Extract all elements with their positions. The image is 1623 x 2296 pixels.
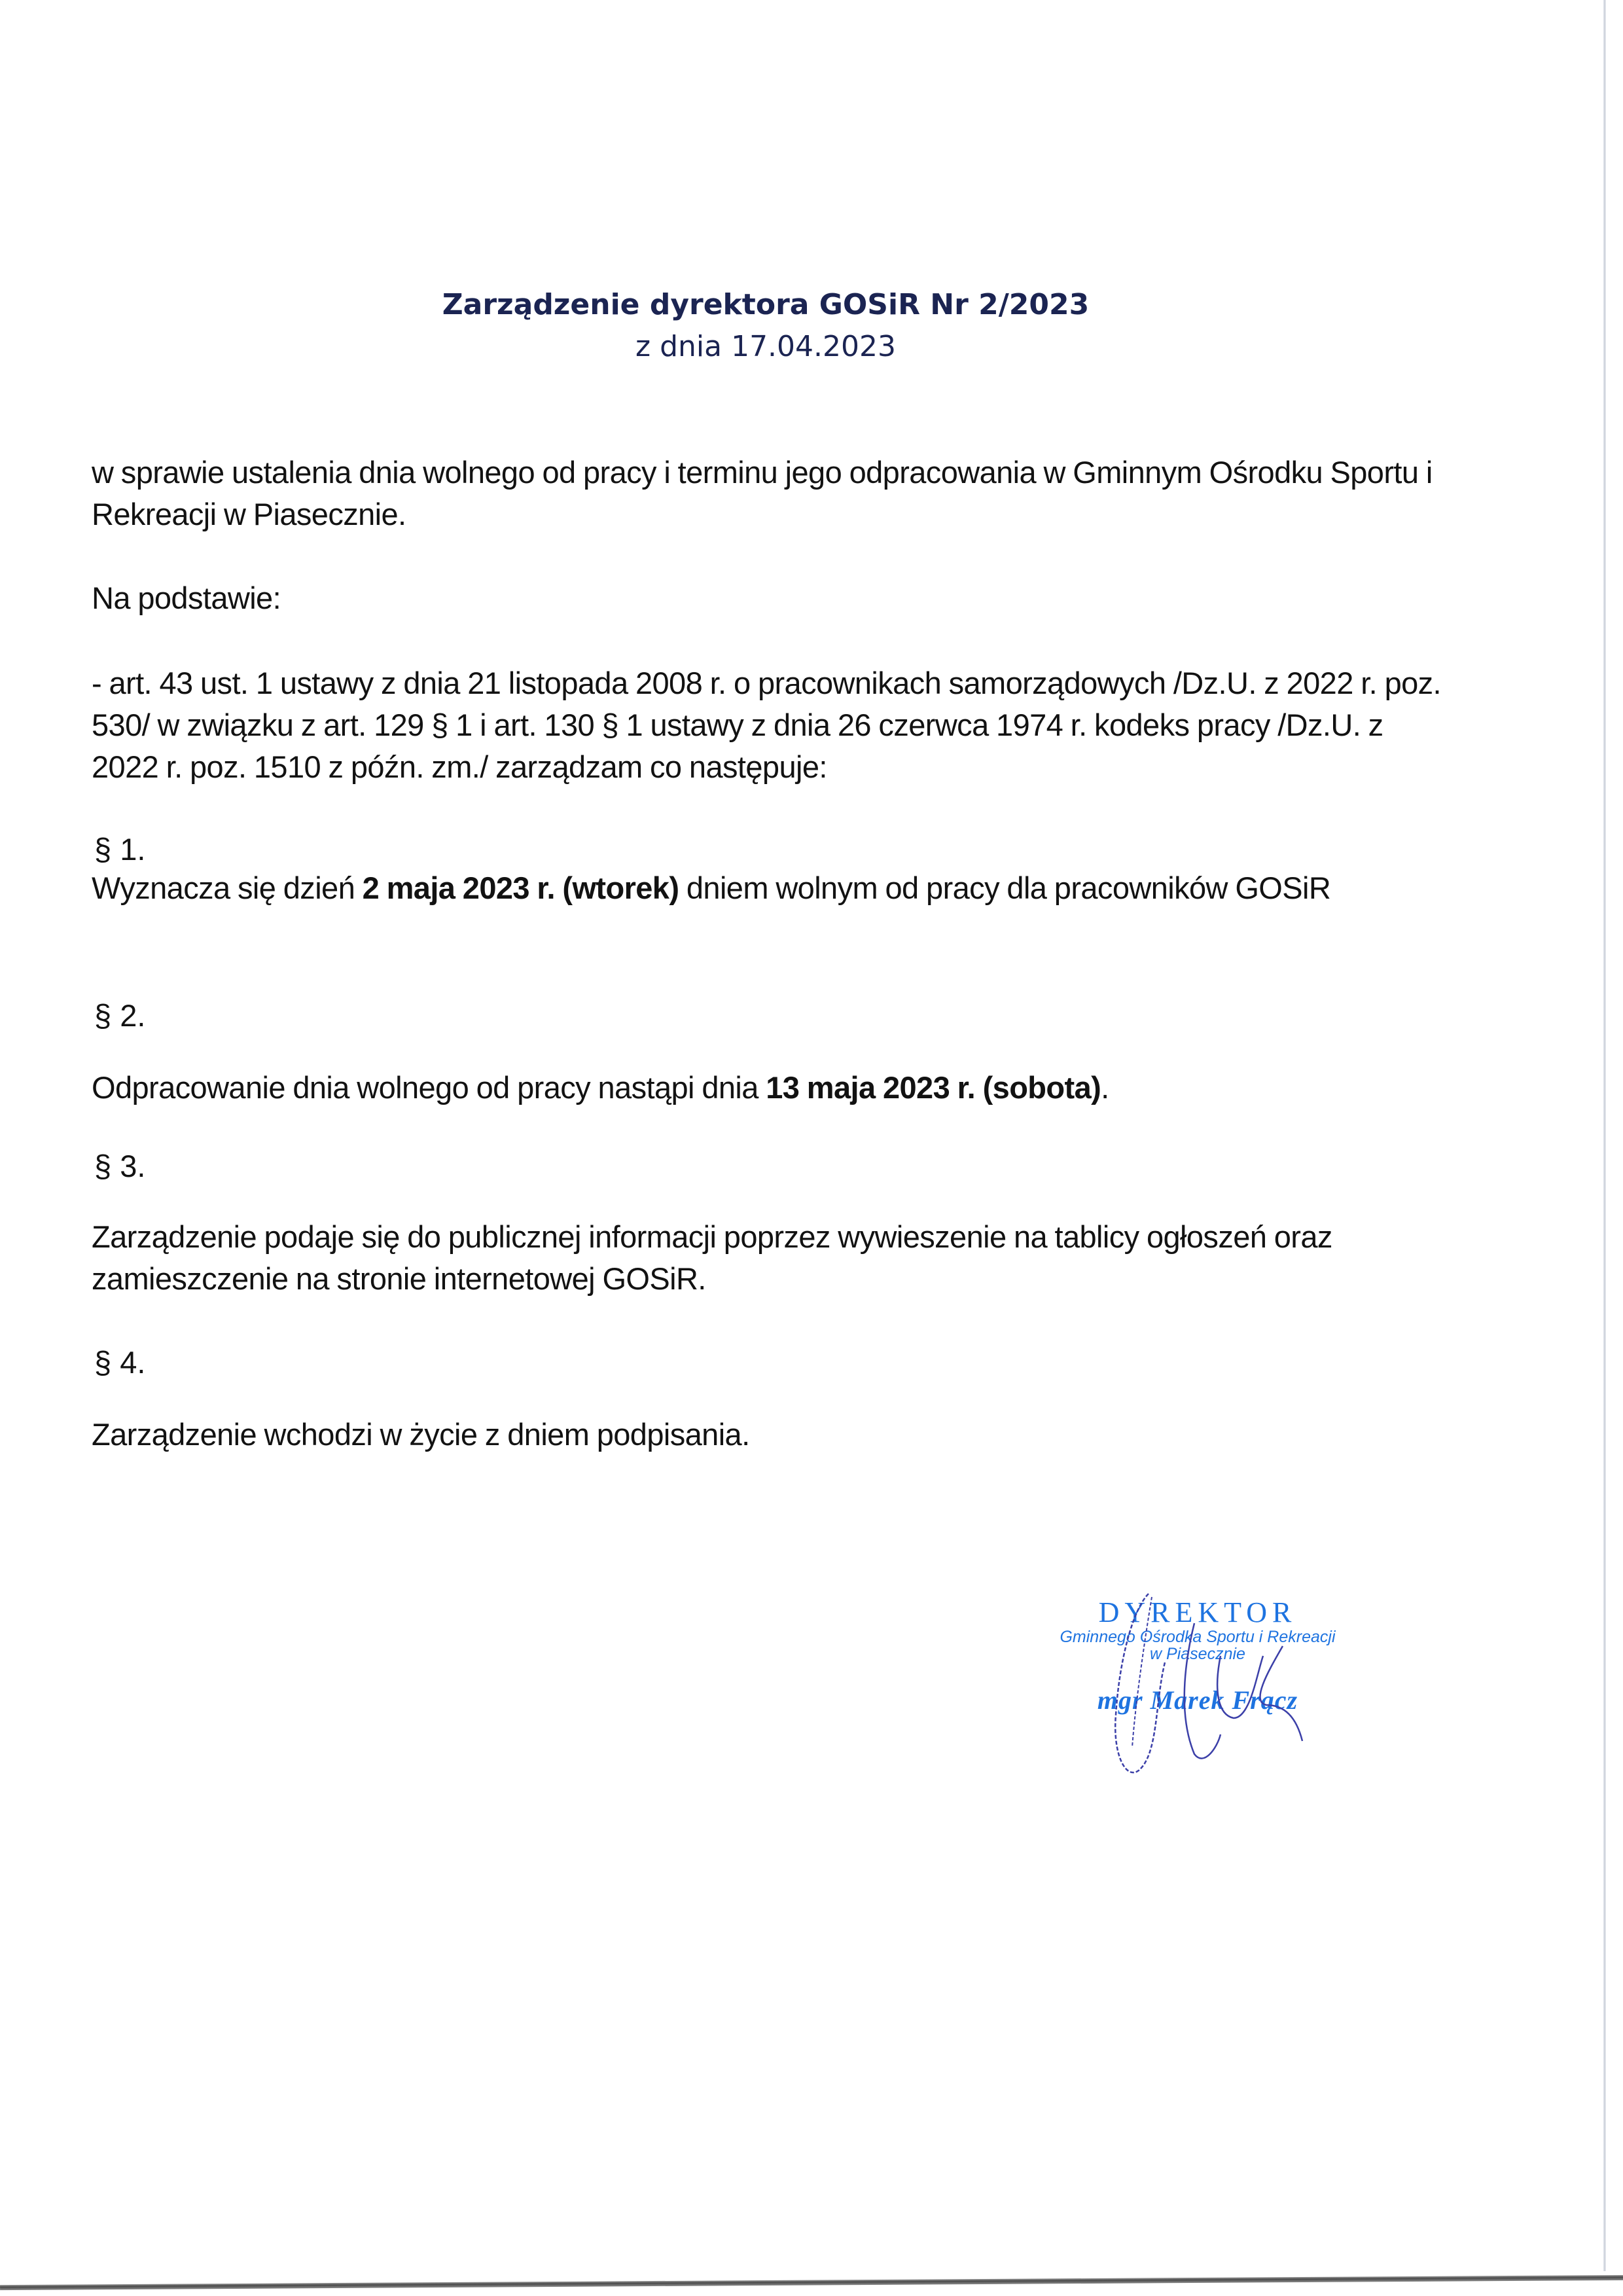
section-1-mark: § 1. bbox=[94, 829, 145, 870]
basis-label: Na podstawie: bbox=[92, 577, 1472, 619]
page-bottom-edge bbox=[0, 2275, 1623, 2290]
section-2-date-bold: 13 maja 2023 r. (sobota) bbox=[766, 1070, 1101, 1105]
handwritten-signature bbox=[1086, 1584, 1361, 1793]
section-2-text-plain: Odpracowanie dnia wolnego od pracy nastą… bbox=[92, 1070, 766, 1105]
section-4-mark: § 4. bbox=[94, 1342, 145, 1384]
section-2-text-tail: . bbox=[1101, 1070, 1109, 1105]
document-date: z dnia 17.04.2023 bbox=[0, 330, 1531, 363]
section-4-text: Zarządzenie wchodzi w życie z dniem podp… bbox=[92, 1414, 1472, 1456]
section-1-text: Wyznacza się dzień 2 maja 2023 r. (wtore… bbox=[92, 867, 1440, 909]
section-3-mark: § 3. bbox=[94, 1145, 145, 1187]
page-right-edge bbox=[1603, 0, 1606, 2271]
section-1-text-tail: dniem wolnym od pracy dla pracowników GO… bbox=[679, 870, 1330, 905]
subject-paragraph: w sprawie ustalenia dnia wolnego od prac… bbox=[92, 452, 1472, 535]
section-2-mark: § 2. bbox=[94, 995, 145, 1037]
document-title: Zarządzenie dyrektora GOSiR Nr 2/2023 bbox=[0, 288, 1531, 321]
basis-paragraph: - art. 43 ust. 1 ustawy z dnia 21 listop… bbox=[92, 662, 1453, 788]
section-2-text: Odpracowanie dnia wolnego od pracy nastą… bbox=[92, 1067, 1472, 1109]
section-1-text-plain: Wyznacza się dzień bbox=[92, 870, 363, 905]
section-1-date-bold: 2 maja 2023 r. (wtorek) bbox=[363, 870, 679, 905]
section-3-text: Zarządzenie podaje się do publicznej inf… bbox=[92, 1216, 1472, 1300]
